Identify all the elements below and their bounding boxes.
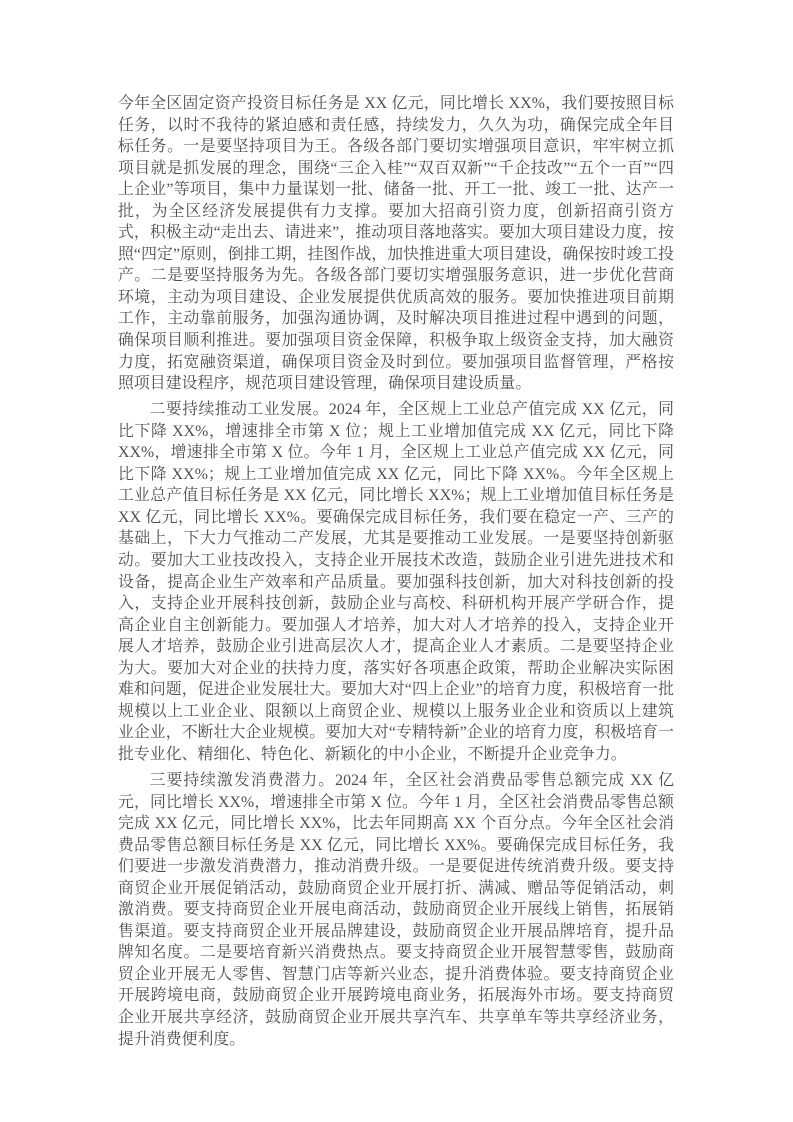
paragraph-consumption-potential: 三要持续激发消费潜力。2024 年，全区社会消费品零售总额完成 XX 亿元，同比… (118, 770, 674, 1050)
document-body: 今年全区固定资产投资目标任务是 XX 亿元，同比增长 XX%，我们要按照目标任务… (118, 93, 674, 1050)
document-page: 今年全区固定资产投资目标任务是 XX 亿元，同比增长 XX%，我们要按照目标任务… (0, 0, 793, 1122)
paragraph-investment-targets: 今年全区固定资产投资目标任务是 XX 亿元，同比增长 XX%，我们要按照目标任务… (118, 93, 674, 395)
paragraph-industrial-development: 二要持续推动工业发展。2024 年，全区规上工业总产值完成 XX 亿元，同比下降… (118, 399, 674, 765)
